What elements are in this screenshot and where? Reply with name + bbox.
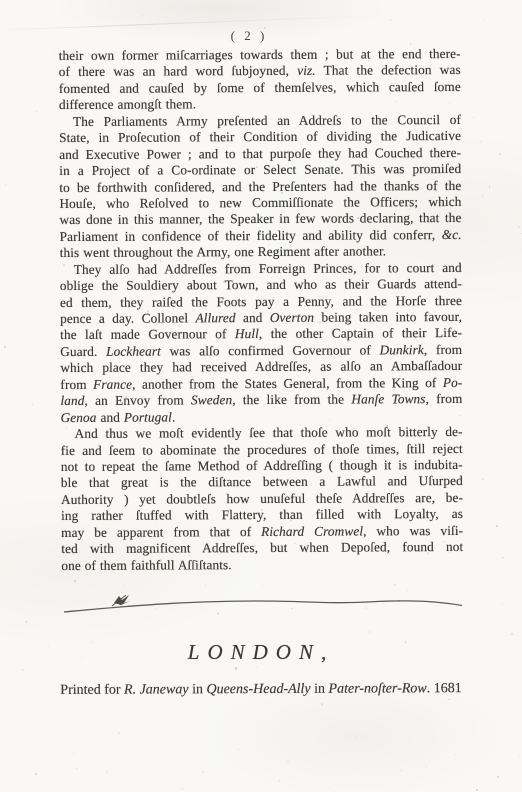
scan-speckle xyxy=(32,404,33,405)
scan-speckle xyxy=(290,578,291,579)
text-segment: ed them, they raiſed the Foots pay a Pen… xyxy=(60,293,462,310)
scan-speckle xyxy=(369,631,370,632)
text-segment: in xyxy=(311,682,329,697)
text-block: their own former miſcarriages towards th… xyxy=(59,46,464,574)
italic-text: Dunkirk xyxy=(380,342,424,357)
scan-speckle xyxy=(448,699,449,701)
text-segment: an Envoy from xyxy=(88,393,191,409)
scan-speckle xyxy=(38,154,39,155)
scan-speckle xyxy=(482,195,484,197)
text-segment: , the like from the xyxy=(232,392,351,408)
scan-speckle xyxy=(497,776,499,778)
scan-speckle xyxy=(76,768,77,769)
text-segment: being taken into favour, xyxy=(314,309,462,325)
text-segment: The Parliaments Army preſented an Addreſ… xyxy=(73,112,461,129)
scan-speckle xyxy=(483,20,485,21)
text-segment: Houſe, who Reſolved to new Commiſſionate… xyxy=(59,194,461,211)
scan-speckle xyxy=(5,184,6,185)
scan-speckle xyxy=(469,238,470,239)
scan-speckle xyxy=(518,226,519,228)
italic-text: Richard Cromwel xyxy=(261,523,363,539)
scan-speckle xyxy=(46,457,47,458)
scan-speckle xyxy=(54,52,56,54)
text-segment: the laſt made Governour of xyxy=(60,327,235,343)
text-line: Parliament in confidence of their fideli… xyxy=(60,227,462,246)
text-segment: which place they had received Addreſſes,… xyxy=(60,358,462,375)
text-segment: Parliament in confidence of their fideli… xyxy=(60,227,442,244)
text-line: ted with magnificent Addreſſes, but when… xyxy=(61,539,463,558)
text-segment: And thus we moſt evidently ſee that thoſ… xyxy=(75,424,463,441)
scan-speckle xyxy=(321,703,323,705)
italic-text: Hanſe Towns xyxy=(351,391,425,406)
scan-speckle xyxy=(502,604,503,605)
italic-text: Hull xyxy=(235,326,259,341)
italic-text: Queens-Head-Ally xyxy=(206,682,310,697)
scan-speckle xyxy=(73,753,74,754)
scan-speckle xyxy=(36,111,38,112)
italic-text: Pater-noſter-Row xyxy=(328,681,426,696)
scan-speckle xyxy=(124,584,125,585)
scan-speckle xyxy=(181,788,183,790)
text-segment: Printed for xyxy=(60,683,124,698)
scan-speckle xyxy=(202,771,203,772)
paragraph: The Parliaments Army preſented an Addreſ… xyxy=(59,112,462,262)
scan-speckle xyxy=(355,737,356,738)
italic-text: &c. xyxy=(442,227,462,242)
ink-flourish-icon xyxy=(112,595,130,606)
italic-text: Po- xyxy=(443,375,463,390)
scan-speckle xyxy=(330,788,331,789)
scan-speckle xyxy=(262,585,264,587)
scan-speckle xyxy=(400,770,401,771)
scan-speckle xyxy=(106,771,108,773)
scan-speckle xyxy=(426,766,427,767)
scan-speckle xyxy=(475,389,476,390)
scan-speckle xyxy=(205,585,206,586)
italic-text: France xyxy=(93,376,132,391)
scan-speckle xyxy=(176,758,177,759)
scan-speckle xyxy=(48,646,49,647)
scan-speckle xyxy=(256,666,257,668)
italic-text: Overton xyxy=(270,310,314,325)
text-segment: ing rather ſtuffed with Flattery, than f… xyxy=(61,506,463,523)
text-line: one of them faithfull Aſſiſtants. xyxy=(61,556,463,575)
scan-speckle xyxy=(74,580,76,581)
text-segment: They alſo had Addreſſes from Forreign Pr… xyxy=(74,260,462,277)
italic-text: viz. xyxy=(297,63,316,78)
scan-speckle xyxy=(394,584,396,586)
text-segment: was done in this manner, the Speaker in … xyxy=(59,210,461,227)
text-segment: and Executive Power ; and to that purpoſ… xyxy=(59,145,461,162)
scan-speckle xyxy=(472,728,474,729)
text-segment: oblige the Souldiery about Town, and who… xyxy=(60,276,462,293)
text-segment: , the other Captain of their Life- xyxy=(259,325,462,341)
text-segment: fie and ſeem to abominate the procedures… xyxy=(61,440,463,457)
page-number: ( 2 ) xyxy=(48,28,450,44)
text-segment: and xyxy=(96,409,123,424)
colophon-city: LONDON, xyxy=(60,640,462,665)
scan-speckle xyxy=(287,761,288,762)
text-segment: was alſo confirmed Governour of xyxy=(161,342,380,358)
text-segment: this went throughout the Army, one Regim… xyxy=(60,244,387,261)
paragraph: And thus we moſt evidently ſee that thoſ… xyxy=(61,424,464,574)
text-segment: may be apparent from that of xyxy=(61,524,261,540)
scan-speckle xyxy=(238,749,239,750)
text-segment: in xyxy=(189,682,207,697)
text-segment: not to repeat the ſame Method of Addreſſ… xyxy=(61,457,463,474)
scan-speckle xyxy=(482,478,484,480)
scan-speckle xyxy=(519,755,520,756)
scan-speckle xyxy=(511,633,513,634)
text-segment: pence a day. Collonel xyxy=(60,310,196,326)
paragraph: They alſo had Addreſſes from Forreign Pr… xyxy=(60,260,463,426)
scan-speckle xyxy=(278,779,280,781)
italic-text: Portugal xyxy=(124,409,172,424)
text-segment: That the defection was xyxy=(316,62,461,78)
text-segment: Authority ) yet doubtleſs how unuſeful t… xyxy=(61,490,463,507)
scan-speckle xyxy=(142,15,143,16)
text-segment: , from xyxy=(426,391,463,406)
scan-speckle xyxy=(118,732,120,734)
scan-speckle xyxy=(473,117,474,118)
scan-speckle xyxy=(235,667,237,669)
text-segment: difference amongſt them. xyxy=(59,97,196,113)
text-segment: , from xyxy=(424,342,462,357)
text-segment: from xyxy=(60,377,93,392)
text-segment: ble that great is the diſtance between a… xyxy=(61,473,463,490)
scan-speckle xyxy=(73,629,74,631)
text-segment: , another from the States General, from … xyxy=(132,375,443,392)
scan-speckle xyxy=(502,557,504,559)
italic-text: Lockheart xyxy=(106,343,161,358)
text-segment: State, in Proſecution of their Condition… xyxy=(59,128,461,145)
scan-speckle xyxy=(26,621,27,622)
scan-speckle xyxy=(4,346,6,347)
italic-text: Genoa xyxy=(61,409,97,424)
text-segment: . 1681 xyxy=(427,681,462,696)
text-segment: of there was an hard word ſubjoyned, xyxy=(59,63,298,79)
text-segment: . xyxy=(172,409,176,424)
scan-speckle xyxy=(499,153,501,156)
scan-speckle xyxy=(390,19,391,20)
text-segment: ted with magnificent Addreſſes, but when… xyxy=(61,539,463,556)
text-segment: and xyxy=(236,310,270,325)
text-segment: fomented and cauſed by ſome of themſelve… xyxy=(59,79,461,96)
text-segment: one of them faithfull Aſſiſtants. xyxy=(61,557,231,573)
imprint-line: Printed for R. Janeway in Queens-Head-Al… xyxy=(30,681,492,699)
italic-text: land, xyxy=(60,393,88,408)
paragraph: their own former miſcarriages towards th… xyxy=(59,46,461,114)
scan-speckle xyxy=(521,233,522,234)
scan-speckle xyxy=(496,525,498,527)
text-line: fomented and cauſed by ſome of themſelve… xyxy=(59,79,461,98)
italic-text: R. Janeway xyxy=(124,682,189,697)
italic-text: Sweden xyxy=(191,392,232,407)
text-segment: to be forthwith conſidered, and the Preſ… xyxy=(59,177,461,194)
scan-speckle xyxy=(489,186,490,188)
scan-speckle xyxy=(480,141,482,143)
divider-rule xyxy=(58,588,468,622)
scan-speckle xyxy=(35,773,37,775)
scan-speckle xyxy=(57,358,59,359)
text-line: land, an Envoy from Sweden, the like fro… xyxy=(60,391,462,410)
text-segment: in a Project of a Co-ordinate or Select … xyxy=(59,161,461,178)
text-segment: , who was viſi- xyxy=(363,523,463,539)
scan-speckle xyxy=(22,669,24,671)
scan-speckle xyxy=(455,754,456,755)
italic-text: Allured xyxy=(196,310,236,325)
text-segment: Guard. xyxy=(60,344,106,359)
text-segment: their own former miſcarriages towards th… xyxy=(59,46,461,63)
scan-speckle xyxy=(476,789,478,791)
